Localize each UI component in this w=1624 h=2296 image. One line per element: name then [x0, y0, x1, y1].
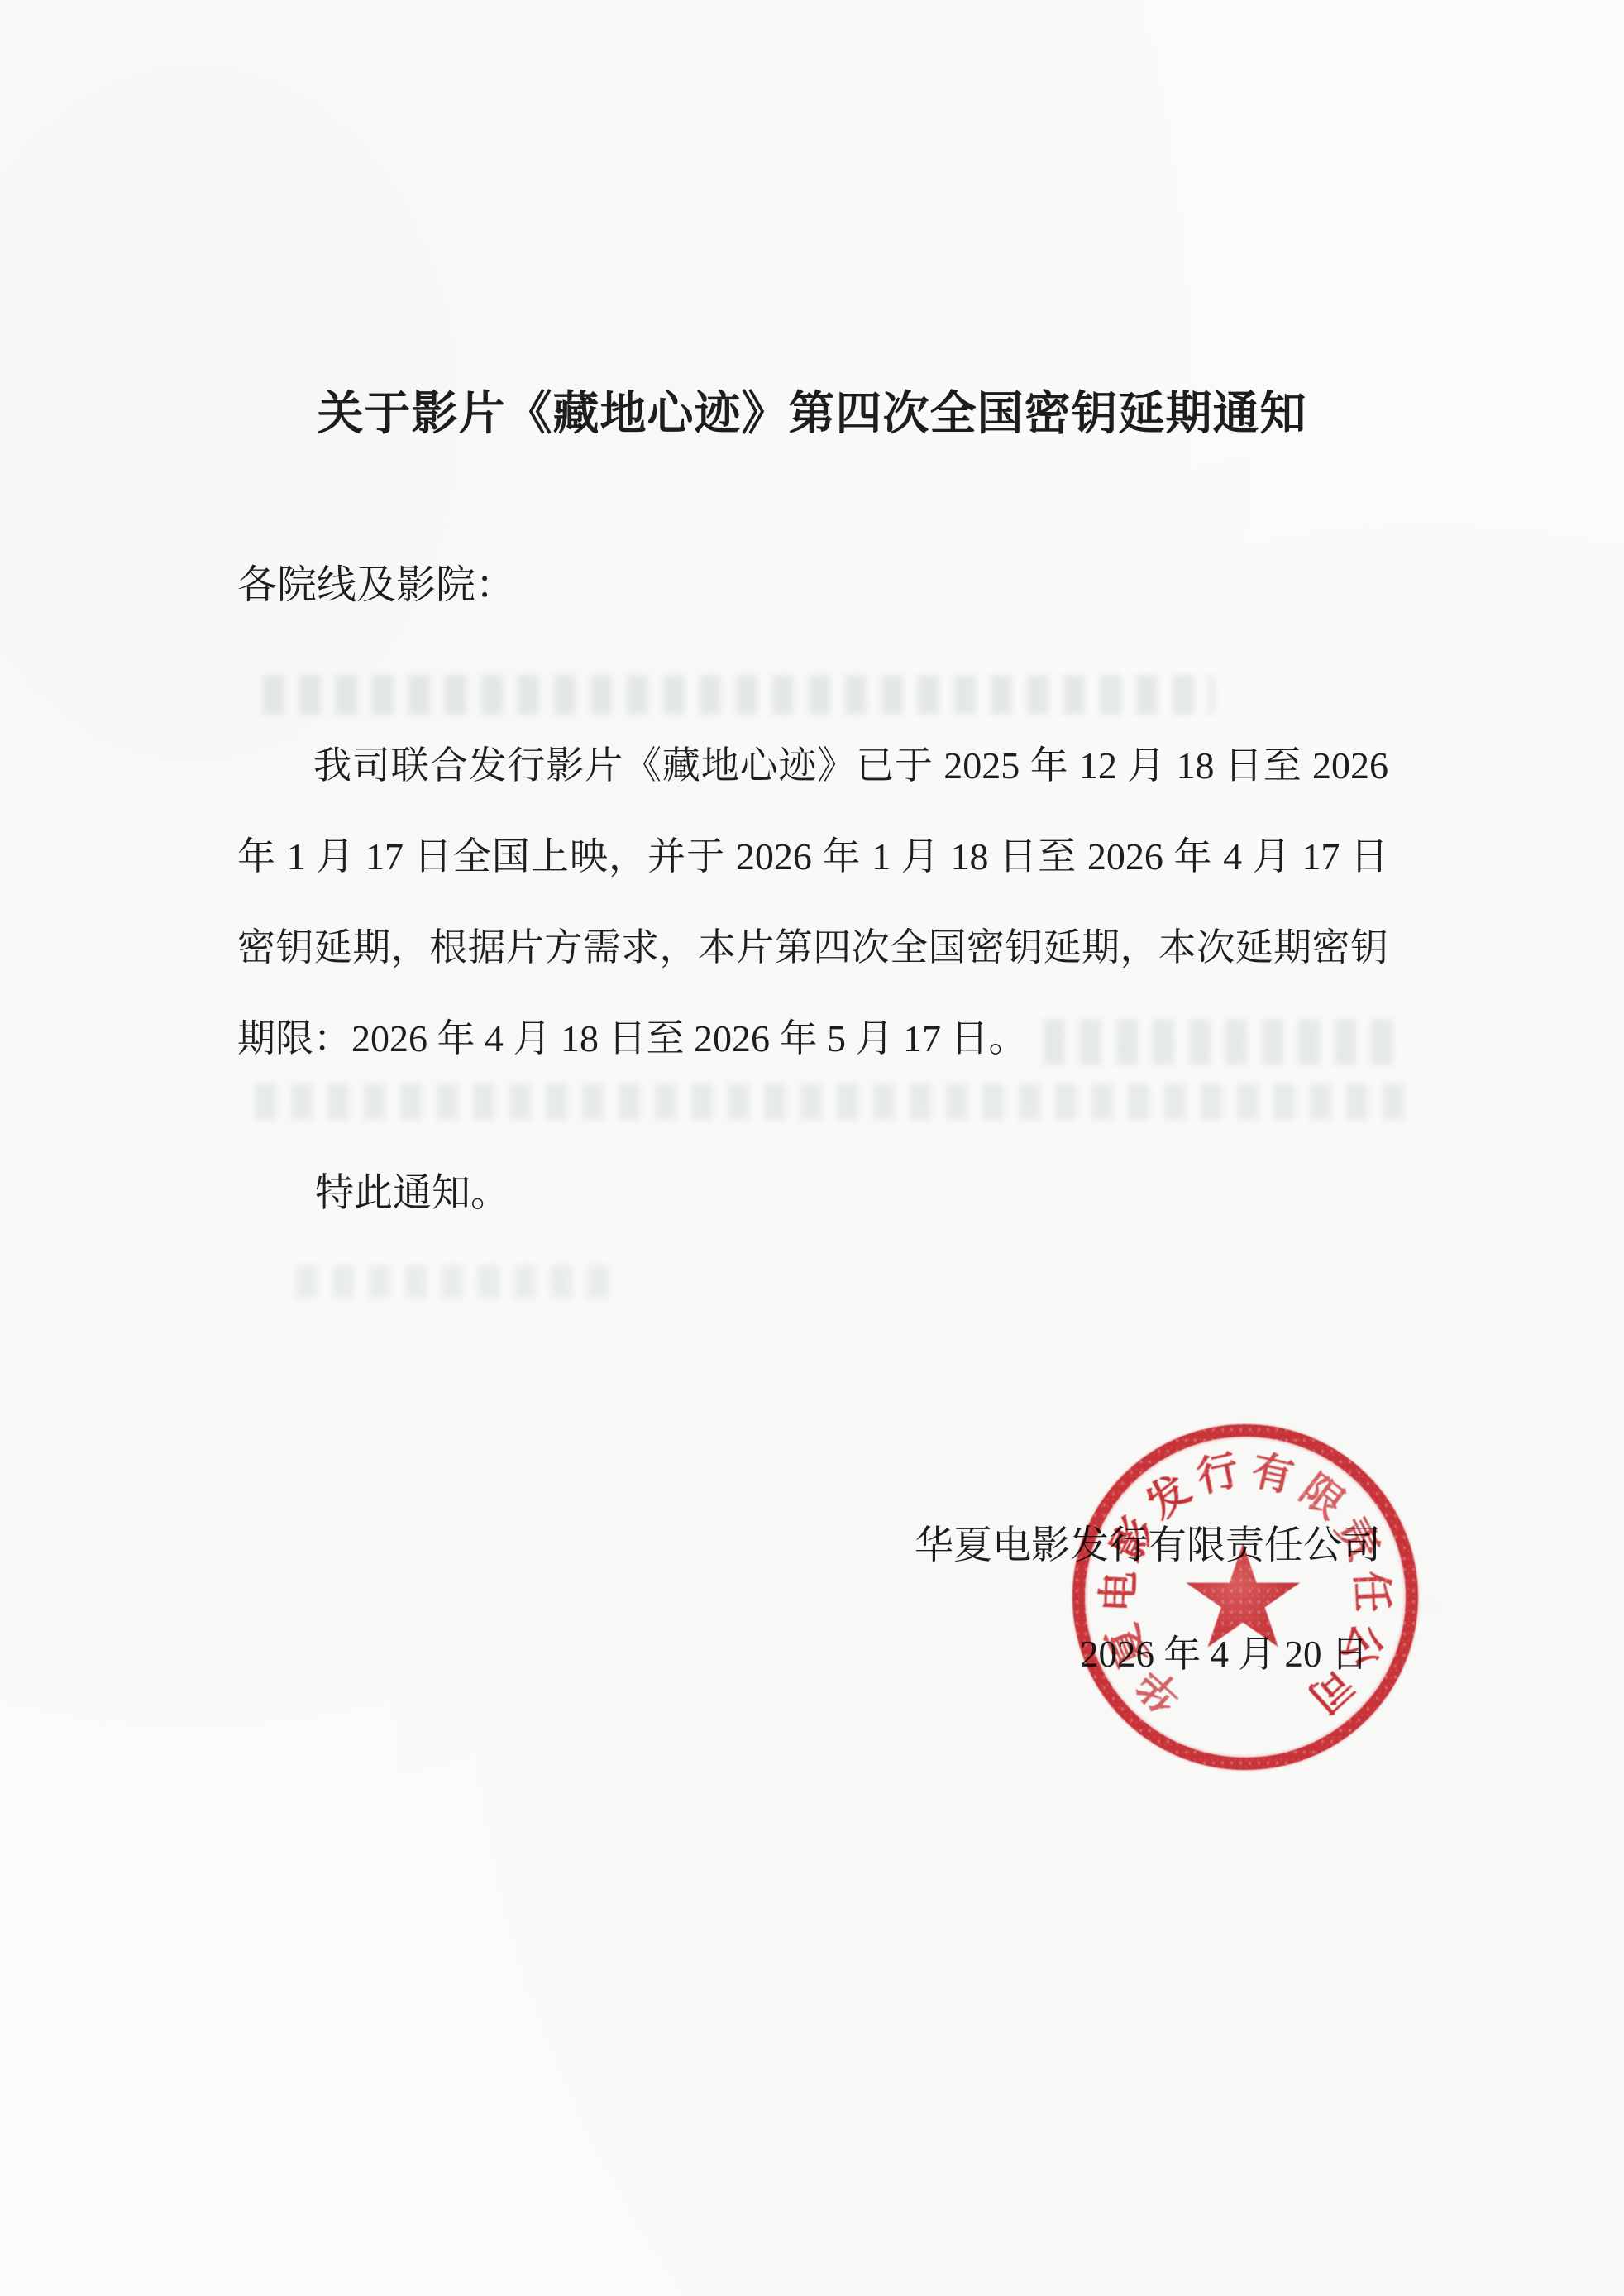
seal-ring-char: 责	[1325, 1505, 1397, 1570]
body-line: 年 1 月 17 日全国上映，并于 2026 年 1 月 18 日至 2026 …	[237, 811, 1388, 902]
bleedthrough-smudge	[255, 1083, 1406, 1120]
closing-line: 特此通知。	[315, 1162, 509, 1217]
body-line: 密钥延期，根据片方需求，本片第四次全国密钥延期，本次延期密钥	[237, 902, 1388, 993]
seal-ring-char: 夏	[1090, 1616, 1161, 1677]
company-seal-stamp: 华夏电影发行有限责任公司	[1072, 1424, 1418, 1770]
seal-ring-char: 任	[1345, 1570, 1406, 1614]
seal-ring-char: 电	[1085, 1570, 1146, 1614]
body-line: 我司联合发行影片《藏地心迹》已于 2025 年 12 月 18 日至 2026	[237, 720, 1388, 811]
scanned-notice-page: { "page": { "background": "#fbfbf9", "in…	[0, 0, 1624, 2296]
bleedthrough-smudge	[263, 675, 1214, 715]
notice-title: 关于影片《藏地心迹》第四次全国密钥延期通知	[0, 377, 1624, 443]
seal-ring-char: 行	[1191, 1437, 1244, 1504]
bleedthrough-smudge	[296, 1265, 620, 1299]
seal-ring-char: 有	[1247, 1437, 1300, 1504]
body-paragraph: 我司联合发行影片《藏地心迹》已于 2025 年 12 月 18 日至 2026年…	[237, 720, 1388, 1084]
seal-ring-char: 华	[1122, 1657, 1193, 1729]
seal-ring-char: 司	[1297, 1657, 1368, 1729]
body-line: 期限：2026 年 4 月 18 日至 2026 年 5 月 17 日。	[237, 993, 1388, 1084]
salutation: 各院线及影院：	[237, 552, 515, 610]
seal-ring-char: 公	[1330, 1616, 1401, 1677]
